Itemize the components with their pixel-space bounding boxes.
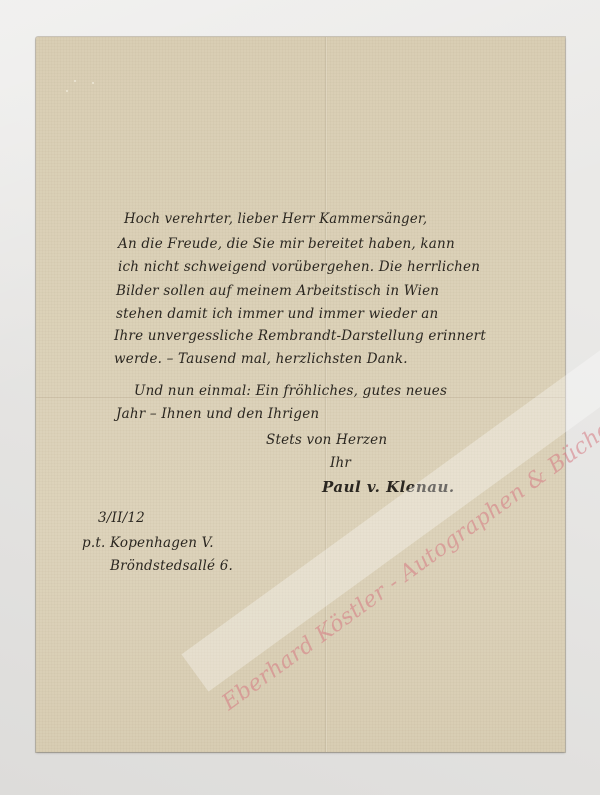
body-line-6: werde. – Tausend mal, herzlichsten Dank. xyxy=(114,351,408,367)
closing-line-1: Und nun einmal: Ein fröhliches, gutes ne… xyxy=(134,383,447,399)
body-line-3: Bilder sollen auf meinem Arbeitstisch in… xyxy=(116,283,439,299)
valediction-ihr: Ihr xyxy=(330,455,351,471)
closing-line-2: Jahr – Ihnen und den Ihrigen xyxy=(116,406,319,422)
body-line-4: stehen damit ich immer und immer wieder … xyxy=(116,306,438,322)
address-line-1: p.t. Kopenhagen V. xyxy=(82,535,214,551)
speck xyxy=(92,82,94,84)
speck xyxy=(66,90,68,92)
address-line-2: Bröndstedsallé 6. xyxy=(110,558,233,574)
body-line-1: An die Freude, die Sie mir bereitet habe… xyxy=(118,236,455,252)
valediction: Stets von Herzen xyxy=(266,432,387,448)
body-line-5: Ihre unvergessliche Rembrandt-Darstellun… xyxy=(114,328,486,344)
speck xyxy=(74,80,76,82)
date: 3/II/12 xyxy=(98,510,145,526)
body-line-2: ich nicht schweigend vorübergehen. Die h… xyxy=(118,259,480,275)
salutation: Hoch verehrter, lieber Herr Kammersänger… xyxy=(124,211,427,227)
paper-specks xyxy=(36,42,76,72)
